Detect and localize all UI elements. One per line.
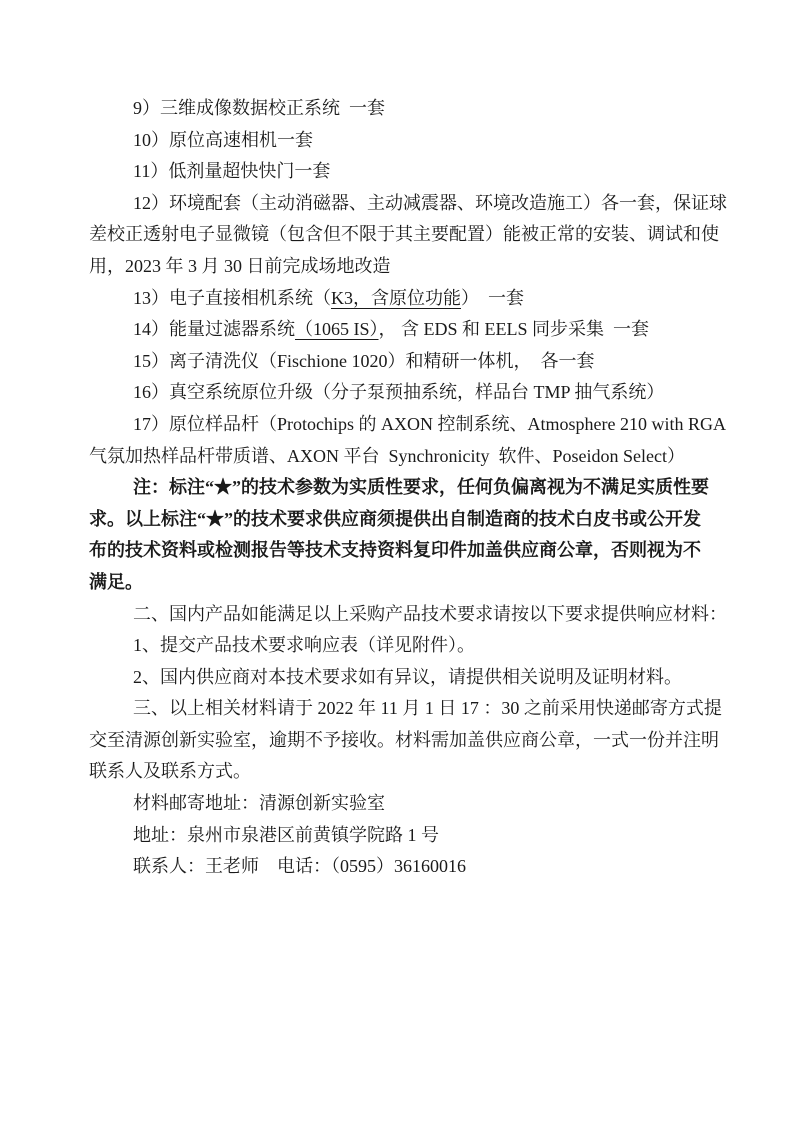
item-13-suffix: ） 一套 xyxy=(461,288,524,308)
address-line: 地址：泉州市泉港区前黄镇学院路 1 号 xyxy=(89,820,689,852)
section-3-line-2: 交至清源创新实验室，逾期不予接收。材料需加盖供应商公章，一式一份并注明 xyxy=(89,725,689,757)
mailing-address-line: 材料邮寄地址：清源创新实验室 xyxy=(89,788,689,820)
note-line-1: 注：标注“★”的技术参数为实质性要求，任何负偏离视为不满足实质性要 xyxy=(89,472,689,504)
underlined-text: （1065 IS） xyxy=(295,319,379,339)
item-14-suffix: ， 含 EDS 和 EELS 同步采集 一套 xyxy=(379,319,650,339)
section-2-heading: 二、国内产品如能满足以上采购产品技术要求请按以下要求提供响应材料： xyxy=(89,599,689,631)
item-10: 10）原位高速相机一套 xyxy=(89,125,689,157)
item-12-line-2: 差校正透射电子显微镜（包含但不限于其主要配置）能被正常的安装、调试和使 xyxy=(89,219,689,251)
note-line-3: 布的技术资料或检测报告等技术支持资料复印件加盖供应商公章，否则视为不 xyxy=(89,535,689,567)
note-line-4: 满足。 xyxy=(89,567,689,599)
section-2-item-2: 2、国内供应商对本技术要求如有异议，请提供相关说明及证明材料。 xyxy=(89,662,689,694)
item-17-line-1: 17）原位样品杆（Protochips 的 AXON 控制系统、Atmosphe… xyxy=(89,409,689,441)
item-13: 13）电子直接相机系统（K3，含原位功能） 一套 xyxy=(89,283,689,315)
note-line-2: 求。以上标注“★”的技术要求供应商须提供出自制造商的技术白皮书或公开发 xyxy=(89,504,689,536)
section-2-item-1: 1、提交产品技术要求响应表（详见附件）。 xyxy=(89,630,689,662)
item-15: 15）离子清洗仪（Fischione 1020）和精研一体机， 各一套 xyxy=(89,346,689,378)
item-12-line-3: 用，2023 年 3 月 30 日前完成场地改造 xyxy=(89,251,689,283)
item-12-line-1: 12）环境配套（主动消磁器、主动减震器、环境改造施工）各一套，保证球 xyxy=(89,188,689,220)
item-14-prefix: 14）能量过滤器系统 xyxy=(133,319,295,339)
section-3-line-3: 联系人及联系方式。 xyxy=(89,756,689,788)
item-17-line-2: 气氛加热样品杆带质谱、AXON 平台 Synchronicity 软件、Pose… xyxy=(89,441,689,473)
item-11: 11）低剂量超快快门一套 xyxy=(89,156,689,188)
item-16: 16）真空系统原位升级（分子泵预抽系统，样品台 TMP 抽气系统） xyxy=(89,377,689,409)
section-3-line-1: 三、以上相关材料请于 2022 年 11 月 1 日 17 ：30 之前采用快递… xyxy=(89,693,689,725)
underlined-text: K3，含原位功能 xyxy=(331,288,461,308)
item-14: 14）能量过滤器系统（1065 IS）， 含 EDS 和 EELS 同步采集 一… xyxy=(89,314,689,346)
item-13-prefix: 13）电子直接相机系统（ xyxy=(133,288,331,308)
contact-line: 联系人：王老师 电话：（0595）36160016 xyxy=(89,851,689,883)
item-9: 9）三维成像数据校正系统 一套 xyxy=(89,93,689,125)
document-page: 9）三维成像数据校正系统 一套 10）原位高速相机一套 11）低剂量超快快门一套… xyxy=(89,93,689,883)
